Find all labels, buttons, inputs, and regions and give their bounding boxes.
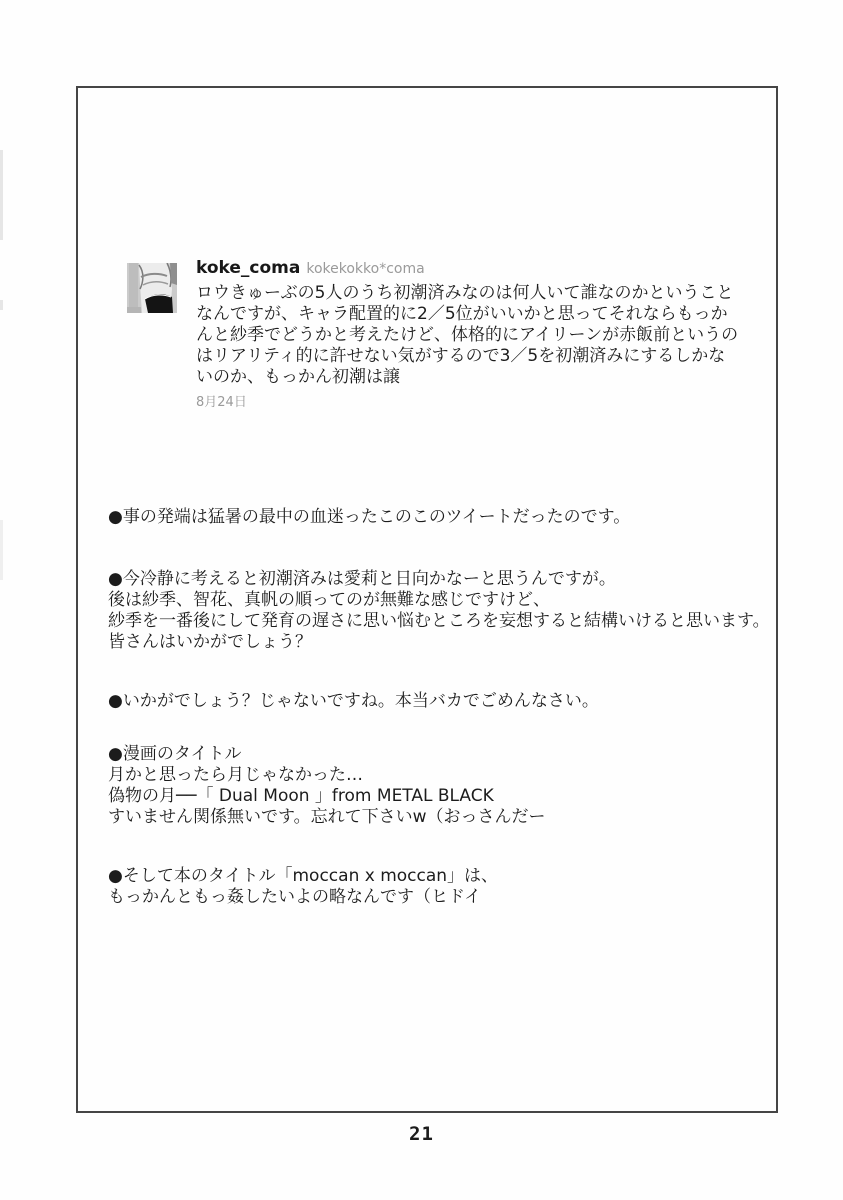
tweet-username: koke_coma [196, 258, 300, 278]
scanned-page: koke_comakokekokko*coma ロウきゅーぶの5人のうち初潮済み… [0, 0, 843, 1200]
paragraph-line: ●漫画のタイトル [108, 744, 768, 765]
tweet-text-line: いのか、もっかん初潮は譲 [196, 367, 741, 388]
paragraph-line: ●事の発端は猛暑の最中の血迷ったこのこのツイートだったのです。 [108, 507, 768, 528]
tweet-handle: kokekokko*coma [306, 261, 424, 277]
tweet-header: koke_comakokekokko*coma [196, 258, 425, 278]
scan-artifact [0, 520, 3, 580]
tweet-text-line: んと紗季でどうかと考えたけど、体格的にアイリーンが赤飯前というの [196, 325, 741, 346]
paragraph-line: 月かと思ったら月じゃなかった… [108, 765, 768, 786]
tweet-text-line: はリアリティ的に許せない気がするので3／5を初潮済みにするしかな [196, 346, 741, 367]
paragraph-line: ●いかがでしょう？じゃないですね。本当バカでごめんなさい。 [108, 691, 768, 712]
scan-artifact [0, 150, 3, 240]
manga-crop-avatar-icon [127, 263, 177, 313]
afterword-paragraph: ●そして本のタイトル「moccan x moccan」は、 もっかんともっ姦した… [108, 866, 768, 908]
paragraph-line: 後は紗季、智花、真帆の順ってのが無難な感じですけど、 [108, 590, 768, 611]
tweet-text-line: ロウきゅーぶの5人のうち初潮済みなのは何人いて誰なのかということ [196, 283, 741, 304]
afterword-paragraph: ●いかがでしょう？じゃないですね。本当バカでごめんなさい。 [108, 691, 768, 712]
paragraph-line: 皆さんはいかがでしょう？ [108, 632, 768, 653]
afterword-paragraph: ●今冷静に考えると初潮済みは愛莉と日向かなーと思うんですが。 後は紗季、智花、真… [108, 569, 768, 653]
afterword-paragraph: ●事の発端は猛暑の最中の血迷ったこのこのツイートだったのです。 [108, 507, 768, 528]
paragraph-line: すいません関係無いです。忘れて下さいw（おっさんだー [108, 807, 768, 828]
page-number: 21 [0, 1123, 843, 1145]
paragraph-line: ●そして本のタイトル「moccan x moccan」は、 [108, 866, 768, 887]
tweet-text-line: なんですが、キャラ配置的に2／5位がいいかと思ってそれならもっか [196, 304, 741, 325]
tweet-date: 8月24日 [196, 391, 247, 410]
paragraph-line: もっかんともっ姦したいよの略なんです（ヒドイ [108, 887, 768, 908]
afterword-paragraph: ●漫画のタイトル 月かと思ったら月じゃなかった… 偽物の月──「 Dual Mo… [108, 744, 768, 828]
paragraph-line: 紗季を一番後にして発育の遅さに思い悩むところを妄想すると結構いけると思います。 [108, 611, 768, 632]
paragraph-line: 偽物の月──「 Dual Moon 」from METAL BLACK [108, 786, 768, 807]
scan-artifact [0, 300, 3, 310]
paragraph-line: ●今冷静に考えると初潮済みは愛莉と日向かなーと思うんですが。 [108, 569, 768, 590]
tweet-text: ロウきゅーぶの5人のうち初潮済みなのは何人いて誰なのかということ なんですが、キ… [196, 283, 741, 388]
avatar [127, 263, 177, 313]
